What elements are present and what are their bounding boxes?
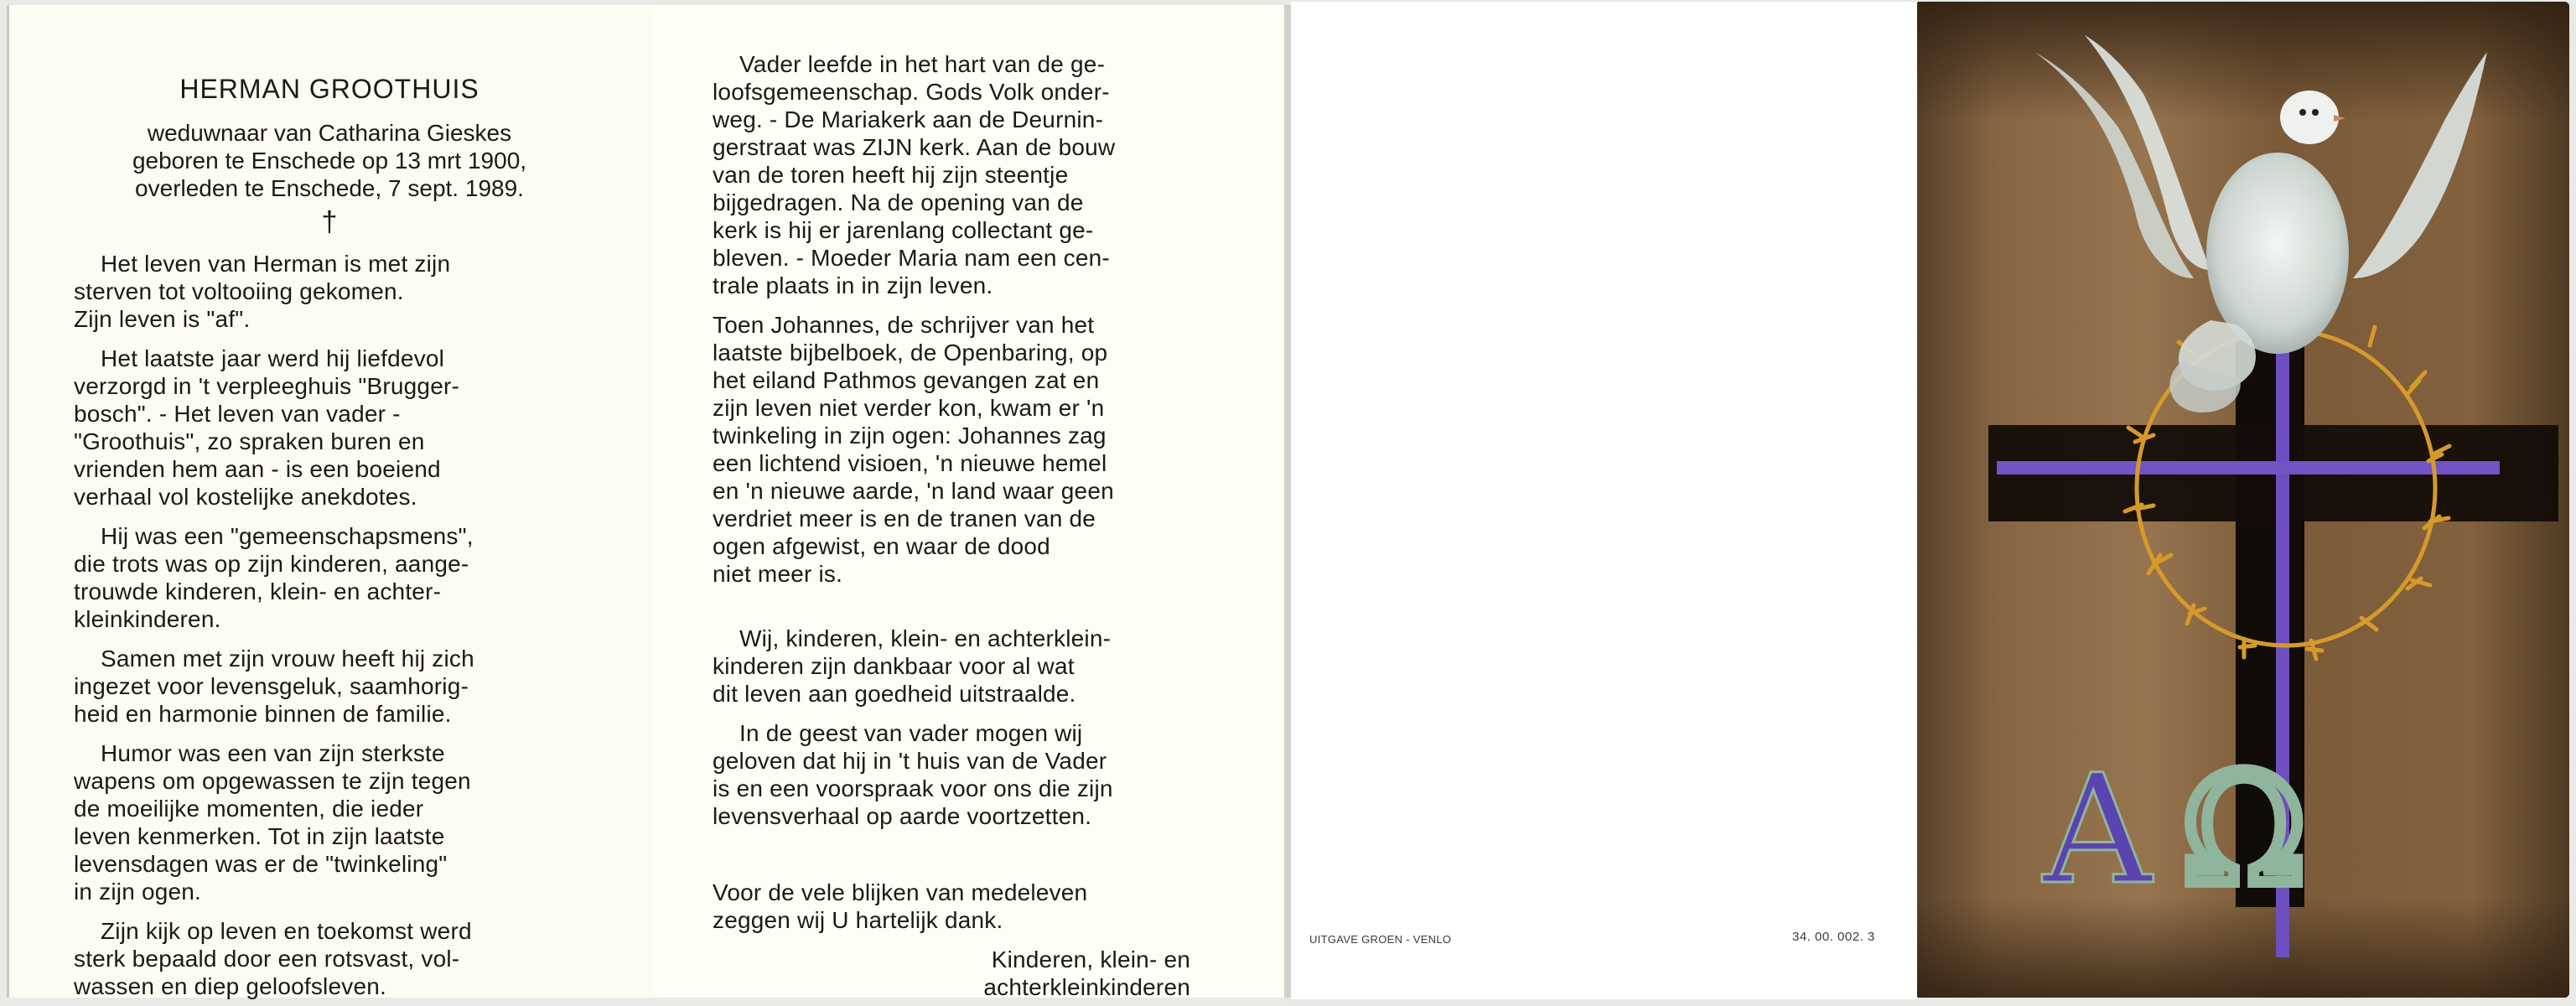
paragraph-line: kleinkinderen.	[74, 605, 577, 633]
paragraph-gap	[74, 905, 577, 917]
dagger-cross-icon: †	[7, 208, 652, 236]
paragraph-line: levensdagen was er de "twinkeling"	[74, 850, 577, 878]
paragraph-line: leven kenmerken. Tot in zijn laatste	[74, 822, 577, 850]
paragraph-line: kerk is hij er jarenlang collectant ge-	[713, 216, 1215, 244]
back-cover-panel	[1291, 2, 1917, 999]
paragraph-line: vrienden hem aan - is een boeiend	[74, 455, 577, 483]
left-body-text: Het leven van Herman is met zijnsterven …	[74, 250, 577, 1000]
paragraph-gap	[74, 511, 577, 522]
deceased-name: HERMAN GROOTHUIS	[7, 74, 652, 105]
middle-body-text: Vader leefde in het hart van de ge-loofs…	[713, 50, 1215, 1001]
paragraph-line: niet meer is.	[713, 560, 1215, 588]
paragraph-line: levensverhaal op aarde voortzetten.	[713, 802, 1215, 830]
paragraph-line: ingezet voor levensgeluk, saamhorig-	[74, 672, 577, 700]
paragraph-line: Wij, kinderen, klein- en achterklein-	[713, 625, 1215, 652]
paragraph-line: Humor was een van zijn sterkste	[74, 739, 577, 767]
paragraph-gap	[713, 708, 1215, 719]
paragraph-gap	[713, 588, 1215, 625]
paragraph-line: gerstraat was ZIJN kerk. Aan de bouw	[713, 133, 1215, 161]
paragraph-line: die trots was op zijn kinderen, aange-	[74, 550, 577, 578]
paragraph-line: laatste bijbelboek, de Openbaring, op	[713, 339, 1215, 366]
product-code: 34. 00. 002. 3	[1792, 930, 1875, 944]
paragraph-line: van de toren heeft hij zijn steentje	[713, 161, 1215, 189]
thanks-line: zeggen wij U hartelijk dank.	[713, 906, 1215, 934]
paragraph-line: Hij was een "gemeenschapsmens",	[74, 522, 577, 550]
paragraph-line: sterk bepaald door een rotsvast, vol-	[74, 945, 577, 972]
paragraph-line: Samen met zijn vrouw heeft hij zich	[74, 645, 577, 672]
paragraph-line: ogen afgewist, en waar de dood	[713, 532, 1215, 560]
subtitle-line: overleden te Enschede, 7 sept. 1989.	[7, 174, 652, 202]
paragraph-line: geloven dat hij in 't huis van de Vader	[713, 747, 1215, 775]
paragraph-gap	[713, 830, 1215, 867]
paragraph-line: en 'n nieuwe aarde, 'n land waar geen	[713, 477, 1215, 505]
paragraph-line: kinderen zijn dankbaar voor al wat	[713, 652, 1215, 680]
paragraph-line: Het laatste jaar werd hij liefdevol	[74, 345, 577, 372]
paragraph-line: Zijn kijk op leven en toekomst werd	[74, 917, 577, 945]
paragraph-line: is en een voorspraak voor ons die zijn	[713, 775, 1215, 802]
paragraph-line: trale plaats in in zijn leven.	[713, 272, 1215, 299]
paragraph-line: "Groothuis", zo spraken buren en	[74, 428, 577, 455]
paragraph-line: wapens om opgewassen te zijn tegen	[74, 767, 577, 795]
paragraph-line: weg. - De Mariakerk aan de Deurnin-	[713, 106, 1215, 133]
paragraph-line: een lichtend visioen, 'n nieuwe hemel	[713, 449, 1215, 477]
front-cover-illustration: A Ω	[1917, 2, 2569, 998]
paragraph-line: in zijn ogen.	[74, 878, 577, 905]
paragraph-line: sterven tot voltooiing gekomen.	[74, 277, 577, 305]
biographical-details: weduwnaar van Catharina Gieskesgeboren t…	[7, 119, 652, 202]
card-edge-divider	[1284, 5, 1291, 998]
paragraph-line: trouwde kinderen, klein- en achter-	[74, 578, 577, 605]
paragraph-line: Zijn leven is "af".	[74, 305, 577, 333]
purple-horizontal-line	[1997, 461, 2500, 474]
paragraph-line: bosch". - Het leven van vader -	[74, 400, 577, 428]
paragraph-line: twinkeling in zijn ogen: Johannes zag	[713, 422, 1215, 449]
dove-cross-illustration: A Ω	[1917, 2, 2569, 998]
paragraph-line: bleven. - Moeder Maria nam een cen-	[713, 244, 1215, 272]
paragraph-line: Vader leefde in het hart van de ge-	[713, 50, 1215, 78]
publisher-imprint: UITGAVE GROEN - VENLO	[1309, 933, 1451, 946]
paragraph-gap	[713, 934, 1215, 946]
alpha-letter: A	[2041, 743, 2154, 918]
paragraph-line: wassen en diep geloofsleven.	[74, 972, 577, 1000]
paragraph-line: Het leven van Herman is met zijn	[74, 250, 577, 277]
paragraph-line: het eiland Pathmos gevangen zat en	[713, 366, 1215, 394]
paragraph-line: verdriet meer is en de tranen van de	[713, 505, 1215, 532]
signature-line: achterkleinkinderen	[713, 973, 1190, 1001]
signature-line: Kinderen, klein- en	[713, 946, 1190, 973]
paragraph-line: dit leven aan goedheid uitstraalde.	[713, 680, 1215, 708]
paragraph-line: zijn leven niet verder kon, kwam er 'n	[713, 394, 1215, 422]
paragraph-line: bijgedragen. Na de opening van de	[713, 189, 1215, 216]
paragraph-line: verzorgd in 't verpleeghuis "Brugger-	[74, 372, 577, 400]
paragraph-line: de moeilijke momenten, die ieder	[74, 795, 577, 822]
subtitle-line: geboren te Enschede op 13 mrt 1900,	[7, 147, 652, 174]
paragraph-line: verhaal vol kostelijke anekdotes.	[74, 483, 577, 511]
paragraph-gap	[74, 728, 577, 739]
omega-letter: Ω	[2181, 743, 2306, 918]
paragraph-line: Toen Johannes, de schrijver van het	[713, 311, 1215, 339]
paragraph-gap	[713, 867, 1215, 879]
paragraph-gap	[74, 633, 577, 645]
paragraph-line: In de geest van vader mogen wij	[713, 719, 1215, 747]
paragraph-gap	[74, 333, 577, 345]
thanks-line: Voor de vele blijken van medeleven	[713, 879, 1215, 906]
paragraph-line: loofsgemeenschap. Gods Volk onder-	[713, 78, 1215, 106]
subtitle-line: weduwnaar van Catharina Gieskes	[7, 119, 652, 147]
paragraph-gap	[713, 299, 1215, 311]
paragraph-line: heid en harmonie binnen de familie.	[74, 700, 577, 728]
